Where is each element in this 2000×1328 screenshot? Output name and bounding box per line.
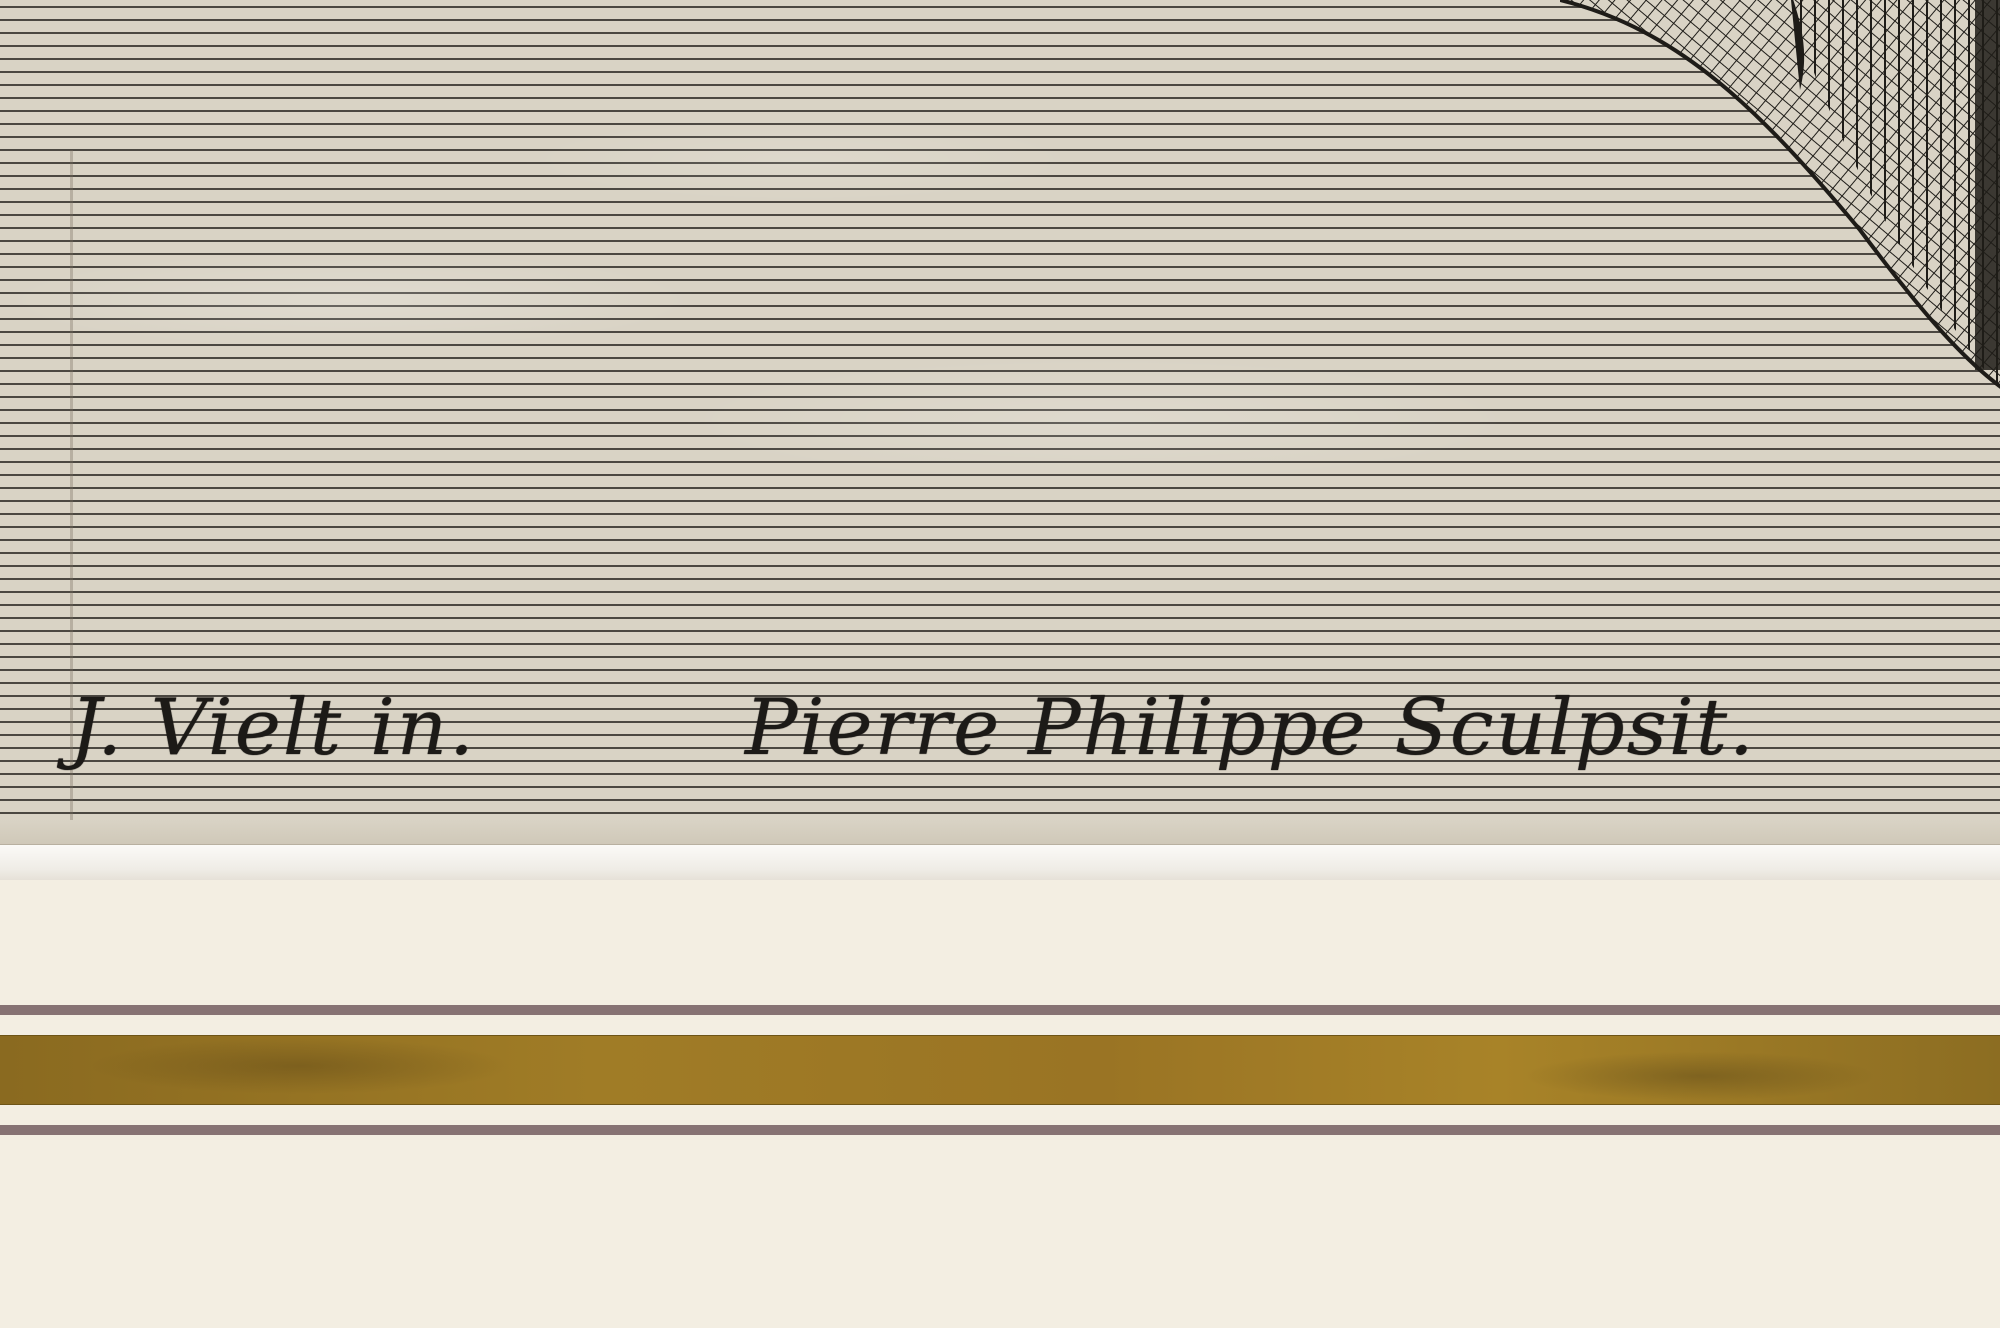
mat-gold-band xyxy=(0,1035,2000,1105)
mat-ink-line-top xyxy=(0,1005,2000,1015)
plate-lower-margin xyxy=(0,820,2000,845)
mat-bevel xyxy=(0,845,2000,880)
artist-inscription: J. Vielt in. xyxy=(70,668,476,788)
crosshatched-drapery xyxy=(1560,0,2000,430)
engraver-inscription: Pierre Philippe Sculpsit. xyxy=(745,668,1756,788)
mat-ink-line-bottom xyxy=(0,1125,2000,1135)
engraving-plate: J. Vielt in. Pierre Philippe Sculpsit. xyxy=(0,0,2000,845)
